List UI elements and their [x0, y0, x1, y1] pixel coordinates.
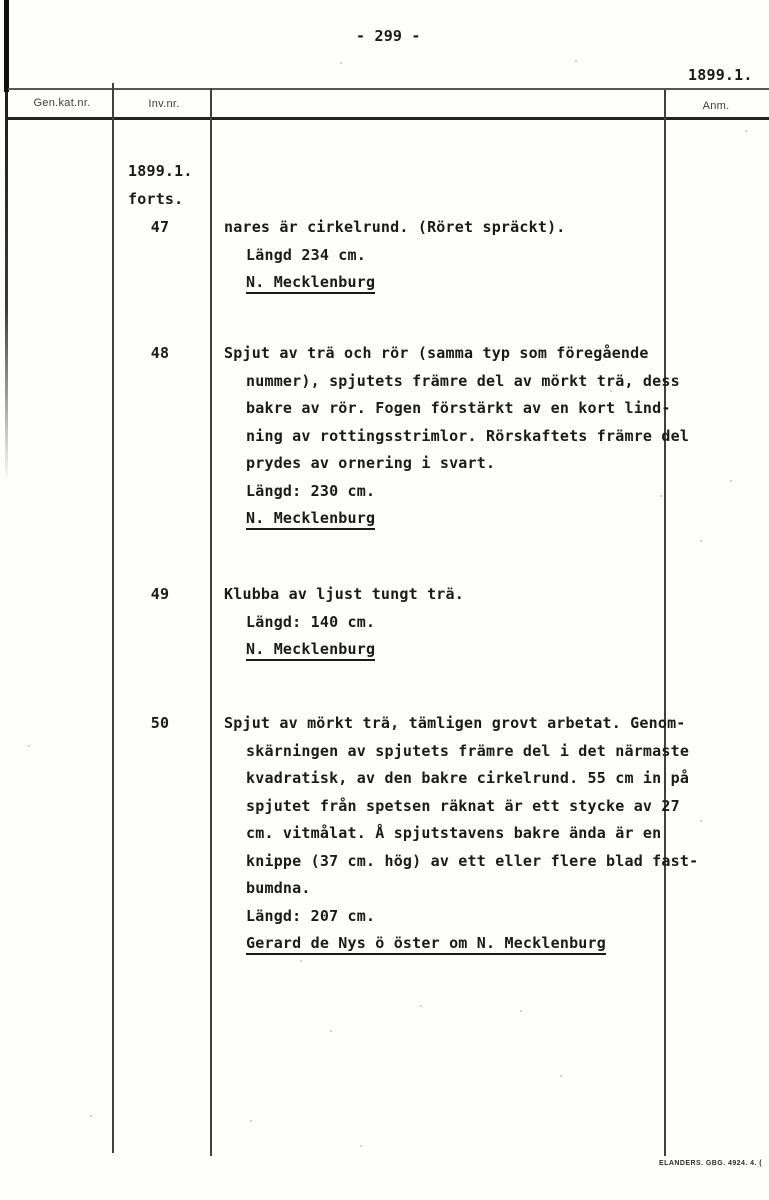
entry-description: Spjut av trä och rör (samma typ som före… — [224, 340, 689, 533]
entry-line: Klubba av ljust tungt trä. — [224, 581, 464, 609]
entry-inv-nr: 50 — [134, 710, 186, 738]
noise-speck — [340, 62, 342, 64]
entry-line: N. Mecklenburg — [246, 636, 464, 664]
entry-inv-nr: 47 — [134, 214, 186, 242]
scan-edge-bar-fade — [5, 92, 8, 482]
noise-speck — [660, 495, 662, 497]
noise-speck — [90, 1115, 92, 1117]
entry-description: Klubba av ljust tungt trä.Längd: 140 cm.… — [224, 581, 464, 664]
entry-line: Längd: 230 cm. — [246, 478, 689, 506]
entry-line: nummer), spjutets främre del av mörkt tr… — [246, 368, 689, 396]
noise-speck — [28, 745, 30, 747]
entry-line: knippe (37 cm. hög) av ett eller flere b… — [246, 848, 698, 876]
table-header-top-rule — [8, 88, 769, 90]
entry-line: Spjut av mörkt trä, tämligen grovt arbet… — [224, 710, 698, 738]
scan-edge-bar — [4, 0, 9, 92]
column-header-inv-nr: Inv.nr. — [120, 98, 208, 110]
entry-line: Gerard de Nys ö öster om N. Mecklenburg — [246, 930, 698, 958]
provenance-underlined: N. Mecklenburg — [246, 640, 375, 661]
entry-line: kvadratisk, av den bakre cirkelrund. 55 … — [246, 765, 698, 793]
entry-line: spjutet från spetsen räknat är ett styck… — [246, 793, 698, 821]
column-header-gen-kat-nr: Gen.kat.nr. — [14, 97, 110, 109]
noise-speck — [520, 1010, 522, 1012]
entry-line: Spjut av trä och rör (samma typ som före… — [224, 340, 689, 368]
entry-line: ning av rottingsstrimlor. Rörskaftets fr… — [246, 423, 689, 451]
noise-speck — [730, 480, 732, 482]
entry-line: Längd: 207 cm. — [246, 903, 698, 931]
entry-line: cm. vitmålat. Å spjutstavens bakre ända … — [246, 820, 698, 848]
table-header-bottom-rule — [8, 117, 769, 120]
provenance-underlined: N. Mecklenburg — [246, 273, 375, 294]
column-divider-genkat-inv — [112, 83, 114, 1153]
noise-speck — [610, 390, 612, 392]
entry-inv-nr: 49 — [134, 581, 186, 609]
noise-speck — [420, 1005, 422, 1007]
inventory-continuation-header: 1899.1. forts. — [128, 158, 193, 213]
noise-speck — [330, 1030, 332, 1032]
entry-line: bakre av rör. Fogen förstärkt av en kort… — [246, 395, 689, 423]
entry-description: Spjut av mörkt trä, tämligen grovt arbet… — [224, 710, 698, 958]
inventory-forts-line: forts. — [128, 186, 193, 214]
catalog-page: - 299 - 1899.1. Gen.kat.nr. Inv.nr. Anm.… — [0, 0, 769, 1200]
noise-speck — [700, 820, 702, 822]
noise-speck — [700, 540, 702, 542]
column-header-anm: Anm. — [676, 100, 756, 112]
entry-inv-nr: 48 — [134, 340, 186, 368]
page-number: - 299 - — [356, 27, 421, 45]
provenance-underlined: Gerard de Nys ö öster om N. Mecklenburg — [246, 934, 606, 955]
provenance-underlined: N. Mecklenburg — [246, 509, 375, 530]
column-divider-inv-main — [210, 88, 212, 1156]
entry-line: nares är cirkelrund. (Röret spräckt). — [224, 214, 566, 242]
entry-line: Längd: 140 cm. — [246, 609, 464, 637]
printer-mark: ELANDERS. GBG. 4924. 4. ( — [659, 1160, 762, 1167]
noise-speck — [560, 1075, 562, 1077]
entry-line: prydes av ornering i svart. — [246, 450, 689, 478]
noise-speck — [360, 1145, 362, 1147]
entry-line: N. Mecklenburg — [246, 505, 689, 533]
entry-line: Längd 234 cm. — [246, 242, 566, 270]
entry-line: bumdna. — [246, 875, 698, 903]
entry-line: N. Mecklenburg — [246, 269, 566, 297]
noise-speck — [300, 960, 302, 962]
noise-speck — [745, 130, 747, 132]
year-reference: 1899.1. — [688, 66, 753, 84]
column-divider-main-anm — [664, 90, 666, 1156]
noise-speck — [645, 440, 647, 442]
entry-description: nares är cirkelrund. (Röret spräckt).Län… — [224, 214, 566, 297]
entry-line: skärningen av spjutets främre del i det … — [246, 738, 698, 766]
noise-speck — [250, 1120, 252, 1122]
inventory-year-line: 1899.1. — [128, 158, 193, 186]
noise-speck — [575, 60, 577, 62]
